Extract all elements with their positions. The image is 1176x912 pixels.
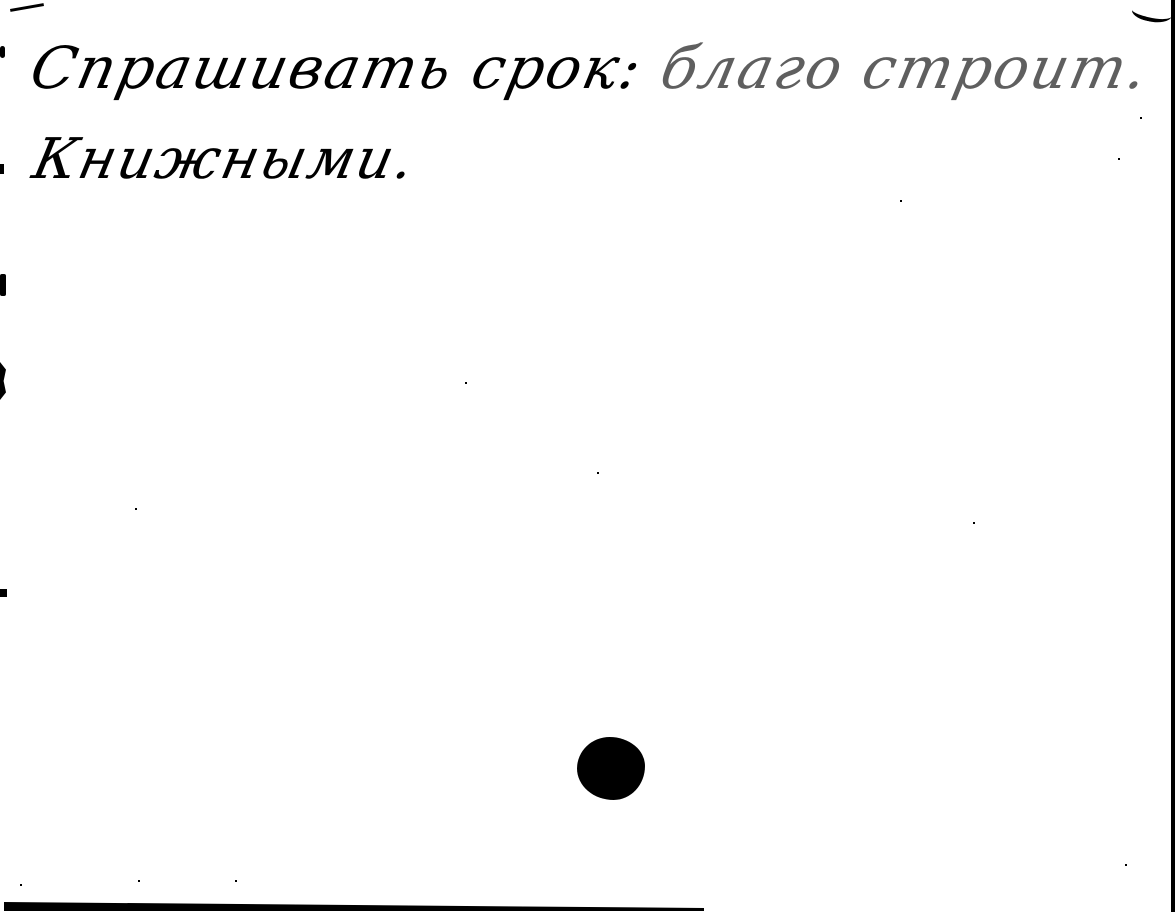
paper-speck [1118,158,1120,160]
handwritten-line-1: Спрашивать срок: благо строит. [23,28,1156,108]
top-left-ink-mark [10,3,44,12]
left-margin-mark [0,589,7,597]
left-margin-mark [0,274,6,296]
corner-curl-mark [1130,0,1173,27]
left-margin-mark [0,164,4,174]
right-scan-edge [1171,0,1175,912]
scanned-page: Спрашивать срок: благо строит. Книжными. [0,0,1176,912]
paper-speck [597,472,599,474]
ink-blot [577,737,645,800]
handwritten-line-2: Книжными. [25,120,423,200]
bottom-scan-edge [4,901,704,911]
left-margin-mark [0,46,5,58]
left-margin-mark [0,362,6,400]
paper-speck [135,508,137,510]
line-2-text: Книжными. [27,127,422,192]
line-1-faint-text: благо строит. [655,34,1155,102]
line-1-main-text: Спрашивать срок: [25,34,670,102]
paper-speck [1125,864,1127,866]
paper-speck [1140,117,1142,119]
paper-speck [20,884,22,886]
paper-speck [900,200,902,202]
paper-speck [465,382,467,384]
paper-speck [138,880,140,882]
paper-speck [973,522,975,524]
paper-speck [235,880,237,882]
